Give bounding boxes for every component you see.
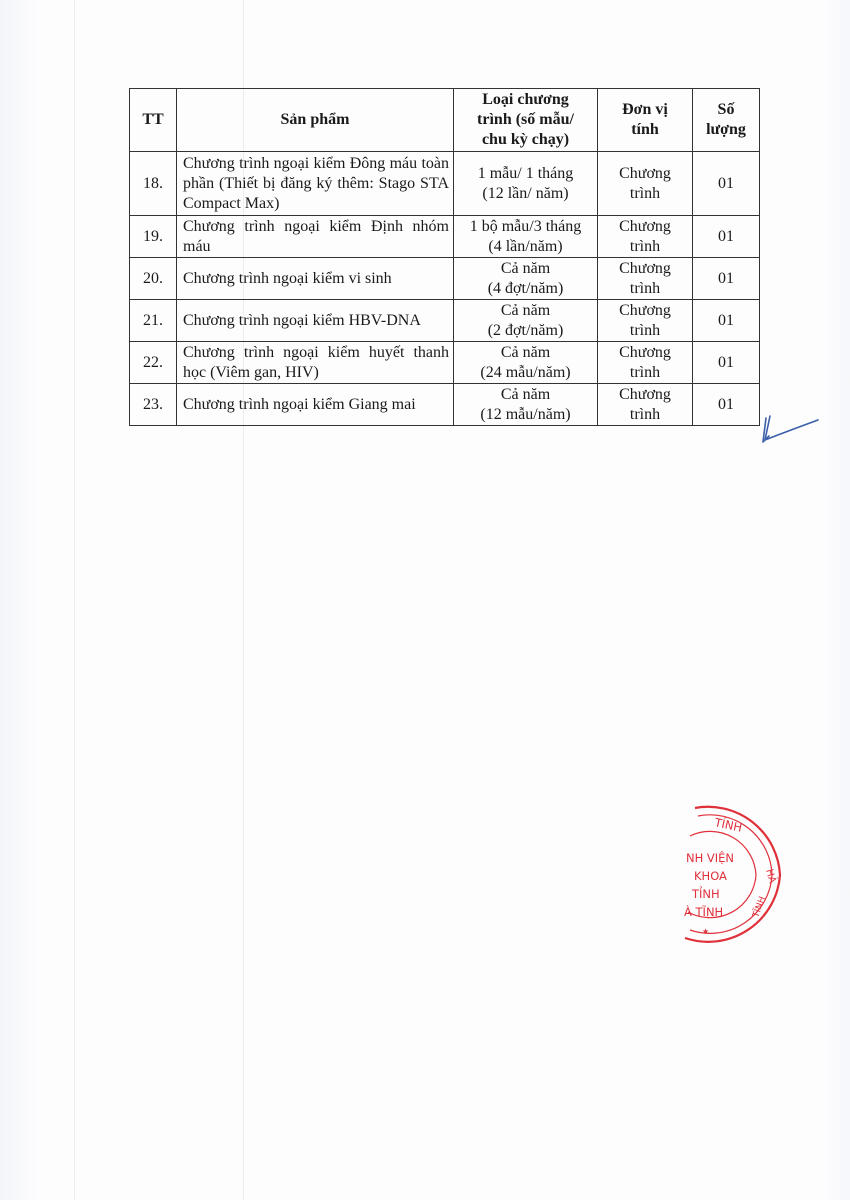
cell-product: Chương trình ngoại kiểm Giang mai — [177, 384, 454, 426]
program-type-line: 1 mẫu/ 1 tháng — [478, 165, 574, 182]
cell-tt: 21. — [130, 300, 177, 342]
program-type-line: (12 lần/ năm) — [482, 185, 568, 202]
unit-line: trình — [630, 185, 660, 202]
unit-line: trình — [630, 238, 660, 255]
quantity-value: 01 — [718, 270, 734, 287]
quantity-value: 01 — [718, 228, 734, 245]
cell-unit: Chươngtrình — [598, 384, 693, 426]
cell-product: Chương trình ngoại kiểm vi sinh — [177, 258, 454, 300]
header-quantity-line: Số — [718, 101, 735, 118]
unit-line: Chương — [619, 302, 671, 319]
program-type-line: (2 đợt/năm) — [488, 322, 564, 339]
header-quantity: Số lượng — [693, 89, 760, 152]
red-stamp: TỈNH HÀ NH VIỆN KHOA TỈNH À TĨNH TĨNH ★ — [680, 800, 790, 950]
cell-program-type: 1 mẫu/ 1 tháng(12 lần/ năm) — [454, 152, 598, 216]
signature-mark — [760, 412, 830, 452]
program-type-line: Cả năm — [501, 302, 550, 319]
cell-program-type: Cả năm(12 mẫu/năm) — [454, 384, 598, 426]
header-program-type-line: trình (số mẫu/ — [477, 111, 574, 128]
table-row: 22. Chương trình ngoại kiểm huyết thanh … — [130, 342, 760, 384]
header-product: Sản phẩm — [177, 89, 454, 152]
product-name: Chương trình ngoại kiểm Đông máu toàn ph… — [181, 154, 449, 214]
cell-program-type: Cả năm(4 đợt/năm) — [454, 258, 598, 300]
unit-line: Chương — [619, 344, 671, 361]
product-name: Chương trình ngoại kiểm Định nhóm máu — [181, 217, 449, 257]
unit-line: Chương — [619, 386, 671, 403]
cell-tt: 19. — [130, 216, 177, 258]
cell-quantity: 01 — [693, 300, 760, 342]
cell-program-type: 1 bộ mẫu/3 tháng(4 lần/năm) — [454, 216, 598, 258]
table-header-row: TT Sản phẩm Loại chương trình (số mẫu/ c… — [130, 89, 760, 152]
header-program-type-line: chu kỳ chạy) — [482, 131, 569, 148]
cell-product: Chương trình ngoại kiểm Đông máu toàn ph… — [177, 152, 454, 216]
cell-unit: Chươngtrình — [598, 342, 693, 384]
row-number: 21. — [143, 312, 163, 329]
program-type-line: 1 bộ mẫu/3 tháng — [470, 218, 582, 235]
row-number: 23. — [143, 396, 163, 413]
product-name: Chương trình ngoại kiểm Giang mai — [181, 395, 449, 415]
row-number: 18. — [143, 175, 163, 192]
cell-program-type: Cả năm(24 mẫu/năm) — [454, 342, 598, 384]
cell-unit: Chươngtrình — [598, 152, 693, 216]
cell-unit: Chươngtrình — [598, 258, 693, 300]
header-unit: Đơn vị tính — [598, 89, 693, 152]
quantity-value: 01 — [718, 312, 734, 329]
unit-line: trình — [630, 406, 660, 423]
stamp-text-right: HÀ — [763, 867, 779, 884]
quantity-value: 01 — [718, 396, 734, 413]
header-quantity-line: lượng — [706, 121, 746, 138]
unit-line: Chương — [619, 260, 671, 277]
cell-product: Chương trình ngoại kiểm huyết thanh học … — [177, 342, 454, 384]
product-name: Chương trình ngoại kiểm HBV-DNA — [181, 311, 449, 331]
unit-line: trình — [630, 280, 660, 297]
cell-quantity: 01 — [693, 152, 760, 216]
table-row: 20. Chương trình ngoại kiểm vi sinh Cả n… — [130, 258, 760, 300]
header-program-type: Loại chương trình (số mẫu/ chu kỳ chạy) — [454, 89, 598, 152]
unit-line: Chương — [619, 218, 671, 235]
program-type-line: (4 đợt/năm) — [488, 280, 564, 297]
stamp-text-line: NH VIỆN — [686, 850, 734, 865]
stamp-text-line: À TĨNH — [684, 904, 723, 919]
stamp-text-line: TỈNH — [691, 885, 720, 901]
cell-unit: Chươngtrình — [598, 216, 693, 258]
product-name: Chương trình ngoại kiểm huyết thanh học … — [181, 343, 449, 383]
unit-line: trình — [630, 322, 660, 339]
cell-tt: 22. — [130, 342, 177, 384]
row-number: 19. — [143, 228, 163, 245]
program-type-line: (12 mẫu/năm) — [480, 406, 570, 423]
cell-program-type: Cả năm(2 đợt/năm) — [454, 300, 598, 342]
cell-quantity: 01 — [693, 384, 760, 426]
cell-tt: 23. — [130, 384, 177, 426]
table-row: 23. Chương trình ngoại kiểm Giang mai Cả… — [130, 384, 760, 426]
quantity-value: 01 — [718, 354, 734, 371]
table-row: 18. Chương trình ngoại kiểm Đông máu toà… — [130, 152, 760, 216]
cell-tt: 18. — [130, 152, 177, 216]
table-row: 19. Chương trình ngoại kiểm Định nhóm má… — [130, 216, 760, 258]
quantity-value: 01 — [718, 175, 734, 192]
program-type-line: Cả năm — [501, 386, 550, 403]
scan-fold-line — [74, 0, 75, 1200]
cell-quantity: 01 — [693, 216, 760, 258]
unit-line: trình — [630, 364, 660, 381]
row-number: 20. — [143, 270, 163, 287]
cell-product: Chương trình ngoại kiểm Định nhóm máu — [177, 216, 454, 258]
table-row: 21. Chương trình ngoại kiểm HBV-DNA Cả n… — [130, 300, 760, 342]
cell-unit: Chươngtrình — [598, 300, 693, 342]
row-number: 22. — [143, 354, 163, 371]
unit-line: Chương — [619, 165, 671, 182]
header-product-label: Sản phẩm — [281, 111, 350, 128]
cell-quantity: 01 — [693, 342, 760, 384]
cell-tt: 20. — [130, 258, 177, 300]
header-unit-line: Đơn vị — [622, 101, 668, 118]
stamp-text-bottom: TĨNH — [750, 895, 768, 920]
header-unit-line: tính — [631, 121, 659, 138]
header-tt: TT — [130, 89, 177, 152]
stamp-text-line: KHOA — [694, 869, 727, 883]
svg-text:★: ★ — [702, 927, 709, 936]
program-type-line: Cả năm — [501, 260, 550, 277]
cell-quantity: 01 — [693, 258, 760, 300]
program-type-line: Cả năm — [501, 344, 550, 361]
programs-table: TT Sản phẩm Loại chương trình (số mẫu/ c… — [129, 88, 760, 426]
program-type-line: (24 mẫu/năm) — [480, 364, 570, 381]
product-name: Chương trình ngoại kiểm vi sinh — [181, 269, 449, 289]
program-type-line: (4 lần/năm) — [488, 238, 562, 255]
cell-product: Chương trình ngoại kiểm HBV-DNA — [177, 300, 454, 342]
header-program-type-line: Loại chương — [482, 91, 568, 108]
header-tt-label: TT — [142, 111, 163, 128]
